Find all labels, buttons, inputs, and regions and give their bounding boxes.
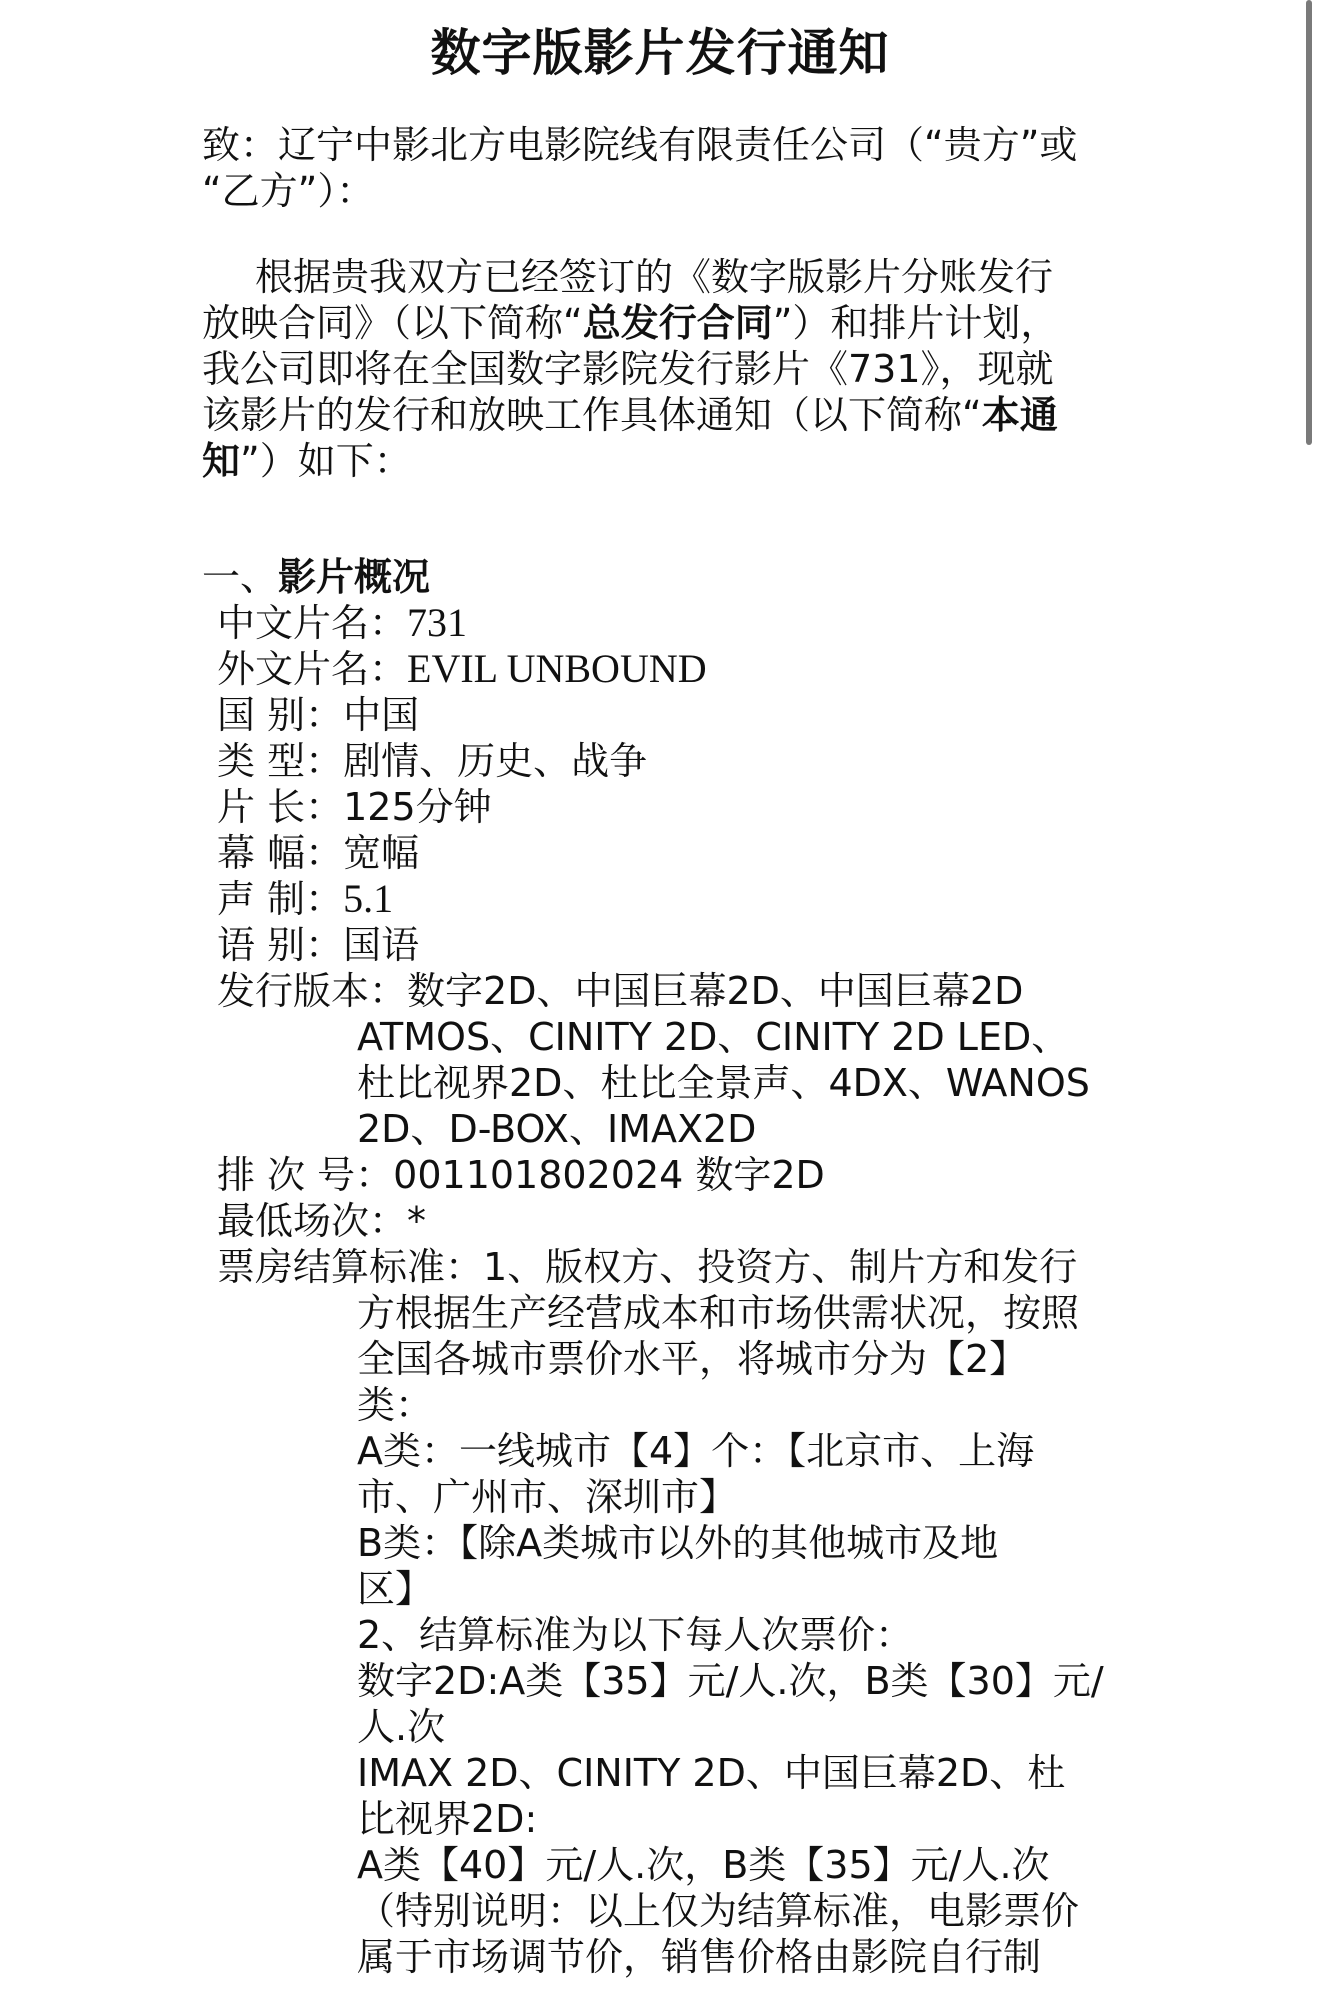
- settlement-cont: 方根据生产经营成本和市场供需状况，按照: [357, 1290, 1079, 1336]
- settlement-cont: 比视界2D:: [357, 1796, 537, 1842]
- field-value: 731: [407, 600, 467, 645]
- intro-text: ”）如下：: [240, 439, 412, 483]
- settlement-cont: 2、结算标准为以下每人次票价：: [357, 1612, 913, 1658]
- field-country: 国 别：中国: [217, 692, 419, 738]
- settlement-cont: 数字2D:A类【35】元/人.次，B类【30】元/: [357, 1658, 1104, 1704]
- field-min-screenings: 最低场次：*: [217, 1198, 426, 1244]
- settlement-cont: 人.次: [357, 1704, 445, 1750]
- field-value: 1、版权方、投资方、制片方和发行: [483, 1245, 1077, 1289]
- field-label: 中文片名：: [217, 601, 407, 645]
- settlement-cont: 区】: [357, 1566, 433, 1612]
- field-label: 类 型：: [217, 739, 343, 783]
- settlement-cont: IMAX 2D、CINITY 2D、中国巨幕2D、杜: [357, 1750, 1065, 1796]
- field-value: 国语: [343, 923, 419, 967]
- settlement-cont: B类：【除A类城市以外的其他城市及地: [357, 1520, 998, 1566]
- settlement-cont: 市、广州市、深圳市】: [357, 1474, 737, 1520]
- settlement-cont: 类：: [357, 1382, 433, 1428]
- intro-line-4: 该影片的发行和放映工作具体通知（以下简称“本通: [202, 392, 1058, 438]
- release-versions-cont: 2D、D-BOX、IMAX2D: [357, 1106, 756, 1152]
- field-value: 中国: [343, 693, 419, 737]
- field-value: EVIL UNBOUND: [407, 646, 707, 691]
- settlement-cont: A类【40】元/人.次，B类【35】元/人.次: [357, 1842, 1050, 1888]
- intro-line-5: 知”）如下：: [202, 438, 412, 484]
- section-number: 一、: [202, 555, 278, 599]
- field-label: 幕 幅：: [217, 831, 343, 875]
- section-title: 影片概况: [278, 555, 430, 599]
- field-chinese-title: 中文片名：731: [217, 600, 467, 646]
- field-runtime: 片 长：125分钟: [217, 784, 492, 830]
- vertical-scrollbar[interactable]: [1306, 0, 1312, 445]
- intro-text: ”）和排片计划，: [773, 301, 1059, 345]
- settlement-cont: A类：一线城市【4】个：【北京市、上海: [357, 1428, 1034, 1474]
- intro-line-1: 根据贵我双方已经签订的《数字版影片分账发行: [255, 254, 1053, 300]
- intro-text: 放映合同》（以下简称“: [202, 301, 583, 345]
- field-release-versions: 发行版本：数字2D、中国巨幕2D、中国巨幕2D: [217, 968, 1023, 1014]
- intro-line-2: 放映合同》（以下简称“总发行合同”）和排片计划，: [202, 300, 1058, 346]
- field-label: 声 制：: [217, 877, 343, 921]
- field-label: 票房结算标准：: [217, 1245, 483, 1289]
- field-label: 外文片名：: [217, 647, 407, 691]
- field-value: *: [407, 1199, 426, 1243]
- release-versions-cont: ATMOS、CINITY 2D、CINITY 2D LED、: [357, 1014, 1069, 1060]
- field-label: 片 长：: [217, 785, 343, 829]
- field-language: 语 别：国语: [217, 922, 419, 968]
- field-label: 最低场次：: [217, 1199, 407, 1243]
- intro-bold-term: 本通: [982, 393, 1058, 437]
- field-label: 国 别：: [217, 693, 343, 737]
- settlement-cont: （特别说明：以上仅为结算标准，电影票价: [357, 1888, 1079, 1934]
- field-sound: 声 制：5.1: [217, 876, 393, 922]
- field-label: 语 别：: [217, 923, 343, 967]
- document-title: 数字版影片发行通知: [0, 18, 1320, 88]
- settlement-cont: 属于市场调节价，销售价格由影院自行制: [357, 1934, 1041, 1980]
- section-1-heading: 一、影片概况: [202, 554, 430, 600]
- field-schedule-number: 排 次 号：001101802024 数字2D: [217, 1152, 825, 1198]
- release-versions-cont: 杜比视界2D、杜比全景声、4DX、WANOS: [357, 1060, 1090, 1106]
- field-label: 发行版本：: [217, 969, 407, 1013]
- field-aspect: 幕 幅：宽幅: [217, 830, 419, 876]
- intro-bold-term: 知: [202, 439, 240, 483]
- field-value: 剧情、历史、战争: [343, 739, 647, 783]
- intro-text: 该影片的发行和放映工作具体通知（以下简称“: [202, 393, 982, 437]
- intro-bold-term: 总发行合同: [583, 301, 773, 345]
- field-value: 5.1: [343, 876, 393, 921]
- field-value: 宽幅: [343, 831, 419, 875]
- field-genre: 类 型：剧情、历史、战争: [217, 738, 647, 784]
- field-foreign-title: 外文片名：EVIL UNBOUND: [217, 646, 707, 692]
- field-settlement: 票房结算标准：1、版权方、投资方、制片方和发行: [217, 1244, 1077, 1290]
- field-value: 125分钟: [343, 785, 492, 829]
- addressee-line-1: 致：辽宁中影北方电影院线有限责任公司（“贵方”或: [202, 122, 1077, 168]
- field-label: 排 次 号：: [217, 1153, 393, 1197]
- field-value: 数字2D、中国巨幕2D、中国巨幕2D: [407, 969, 1023, 1013]
- intro-line-3: 我公司即将在全国数字影院发行影片《731》，现就: [202, 346, 1054, 392]
- document-page: 数字版影片发行通知 致：辽宁中影北方电影院线有限责任公司（“贵方”或 “乙方”）…: [0, 0, 1300, 1998]
- field-value: 001101802024 数字2D: [393, 1153, 825, 1197]
- addressee-line-2: “乙方”）：: [202, 168, 374, 214]
- settlement-cont: 全国各城市票价水平，将城市分为【2】: [357, 1336, 1027, 1382]
